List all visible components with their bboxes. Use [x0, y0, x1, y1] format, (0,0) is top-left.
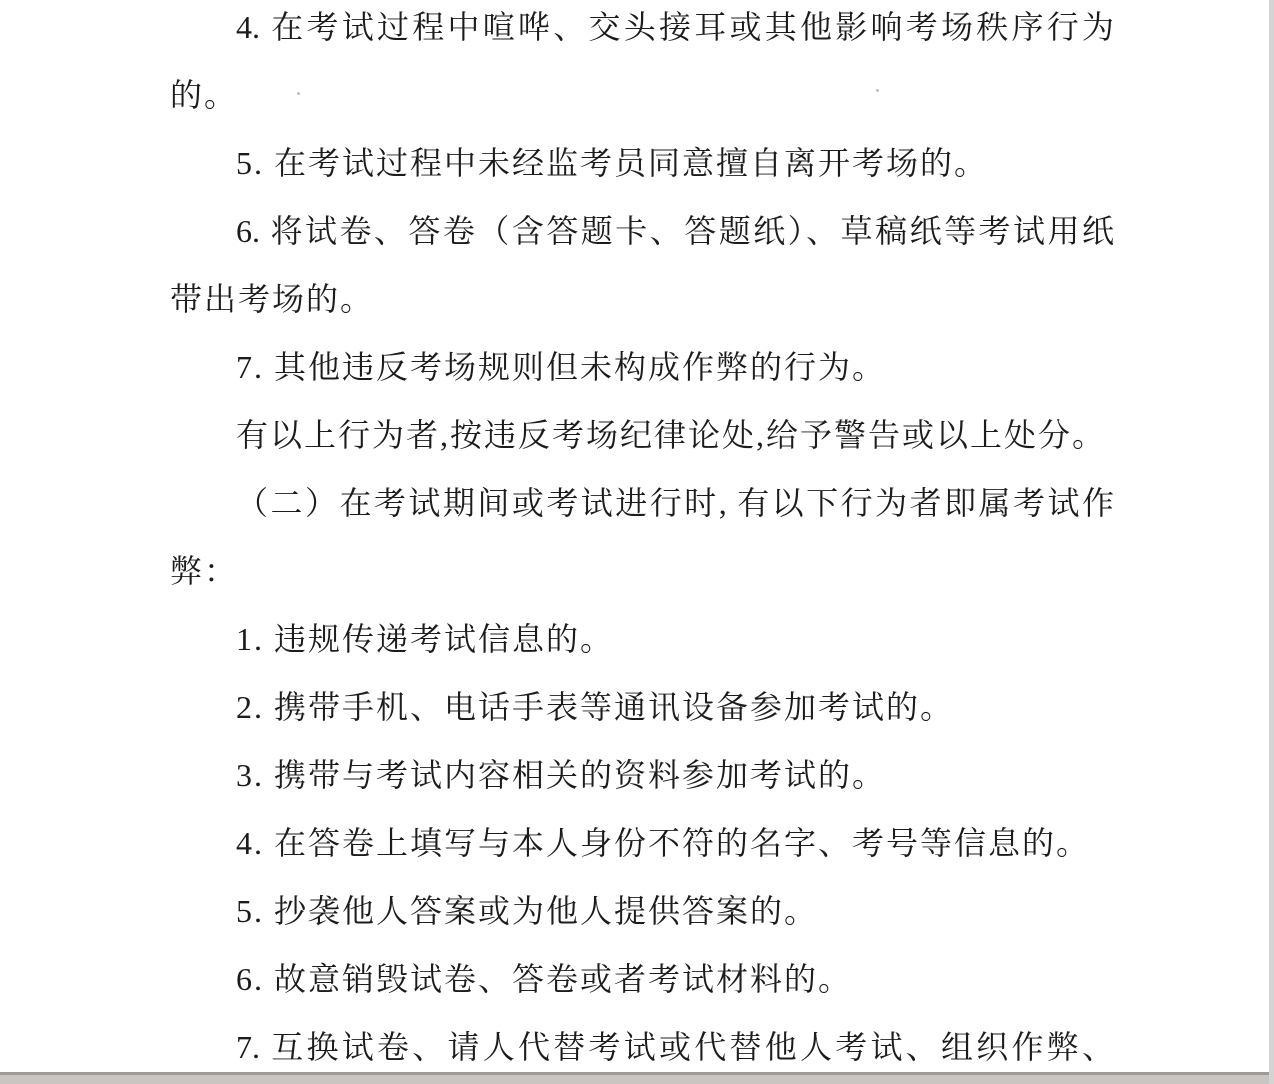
scan-artifact-dot	[297, 92, 300, 95]
document-line: 5. 在考试过程中未经监考员同意擅自离开考场的。	[170, 129, 1114, 197]
document-line: 4. 在答卷上填写与本人身份不符的名字、考号等信息的。	[170, 809, 1114, 877]
document-line: 2. 携带手机、电话手表等通讯设备参加考试的。	[170, 673, 1114, 741]
document-line: （二）在考试期间或考试进行时, 有以下行为者即属考试作	[170, 469, 1114, 537]
document-line: 4. 在考试过程中喧哗、交头接耳或其他影响考场秩序行为	[170, 0, 1114, 61]
document-line: 7. 其他违反考场规则但未构成作弊的行为。	[170, 333, 1114, 401]
scanned-document-page: 4. 在考试过程中喧哗、交头接耳或其他影响考场秩序行为 的。 5. 在考试过程中…	[0, 0, 1274, 1084]
document-line: 的。	[170, 61, 1114, 129]
document-line: 有以上行为者,按违反考场纪律论处,给予警告或以上处分。	[170, 401, 1114, 469]
document-line: 弊：	[170, 537, 1114, 605]
document-line: 7. 互换试卷、请人代替考试或代替他人考试、组织作弊、	[170, 1013, 1114, 1081]
document-text: 4. 在考试过程中喧哗、交头接耳或其他影响考场秩序行为 的。 5. 在考试过程中…	[170, 0, 1114, 1081]
page-right-edge	[1269, 0, 1274, 1084]
document-line: 3. 携带与考试内容相关的资料参加考试的。	[170, 741, 1114, 809]
document-line: 6. 故意销毁试卷、答卷或者考试材料的。	[170, 945, 1114, 1013]
document-line: 5. 抄袭他人答案或为他人提供答案的。	[170, 877, 1114, 945]
document-line: 1. 违规传递考试信息的。	[170, 605, 1114, 673]
page-bottom-edge	[0, 1072, 1274, 1084]
scan-artifact-dot	[876, 89, 879, 92]
document-line: 6. 将试卷、答卷（含答题卡、答题纸）、草稿纸等考试用纸	[170, 197, 1114, 265]
document-line: 带出考场的。	[170, 265, 1114, 333]
